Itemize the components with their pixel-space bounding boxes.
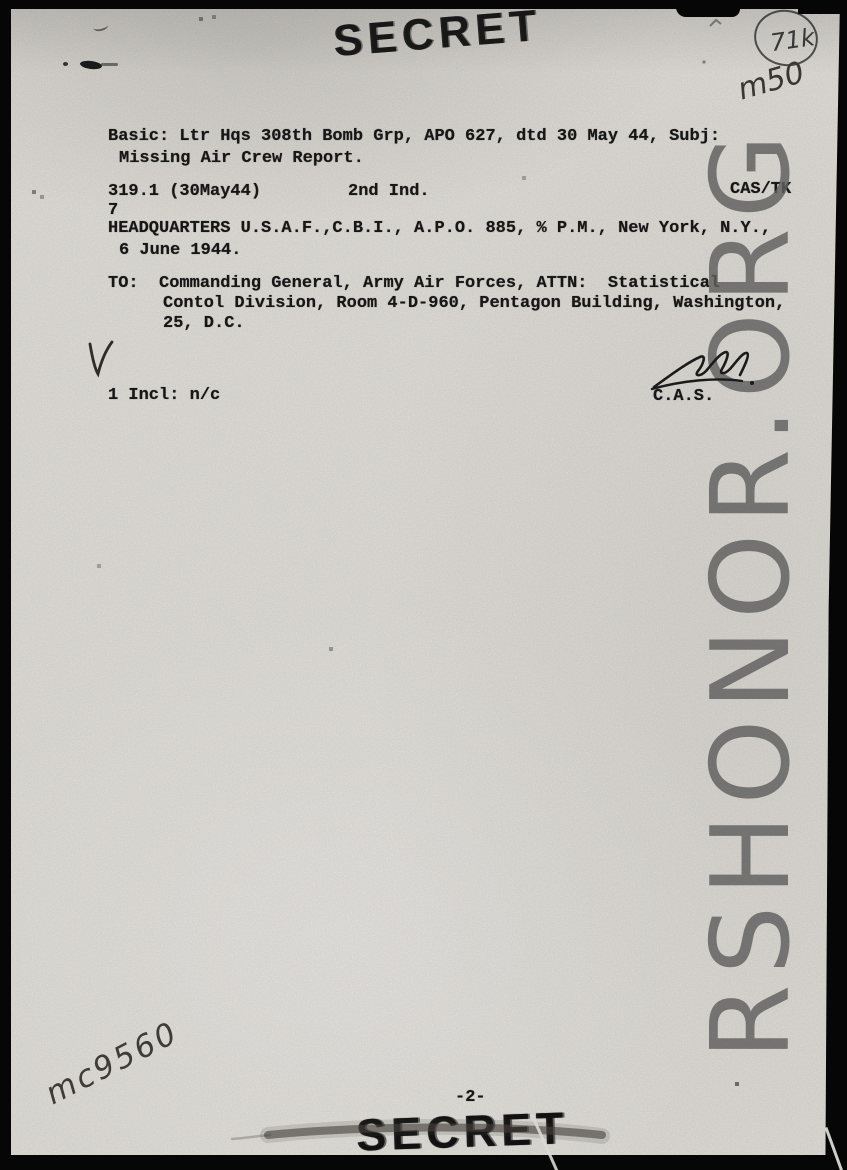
scan-edge-top-right [798, 0, 847, 14]
pencil-strikethrough [0, 0, 847, 1170]
scan-edge-top-blob [676, 0, 740, 17]
scan-edge-left [0, 0, 11, 1170]
scan-edge-bottom [0, 1155, 847, 1170]
scanned-document-page: RSHONOR.ORG Basic: Ltr Hqs 308th Bomb Gr… [0, 0, 847, 1170]
